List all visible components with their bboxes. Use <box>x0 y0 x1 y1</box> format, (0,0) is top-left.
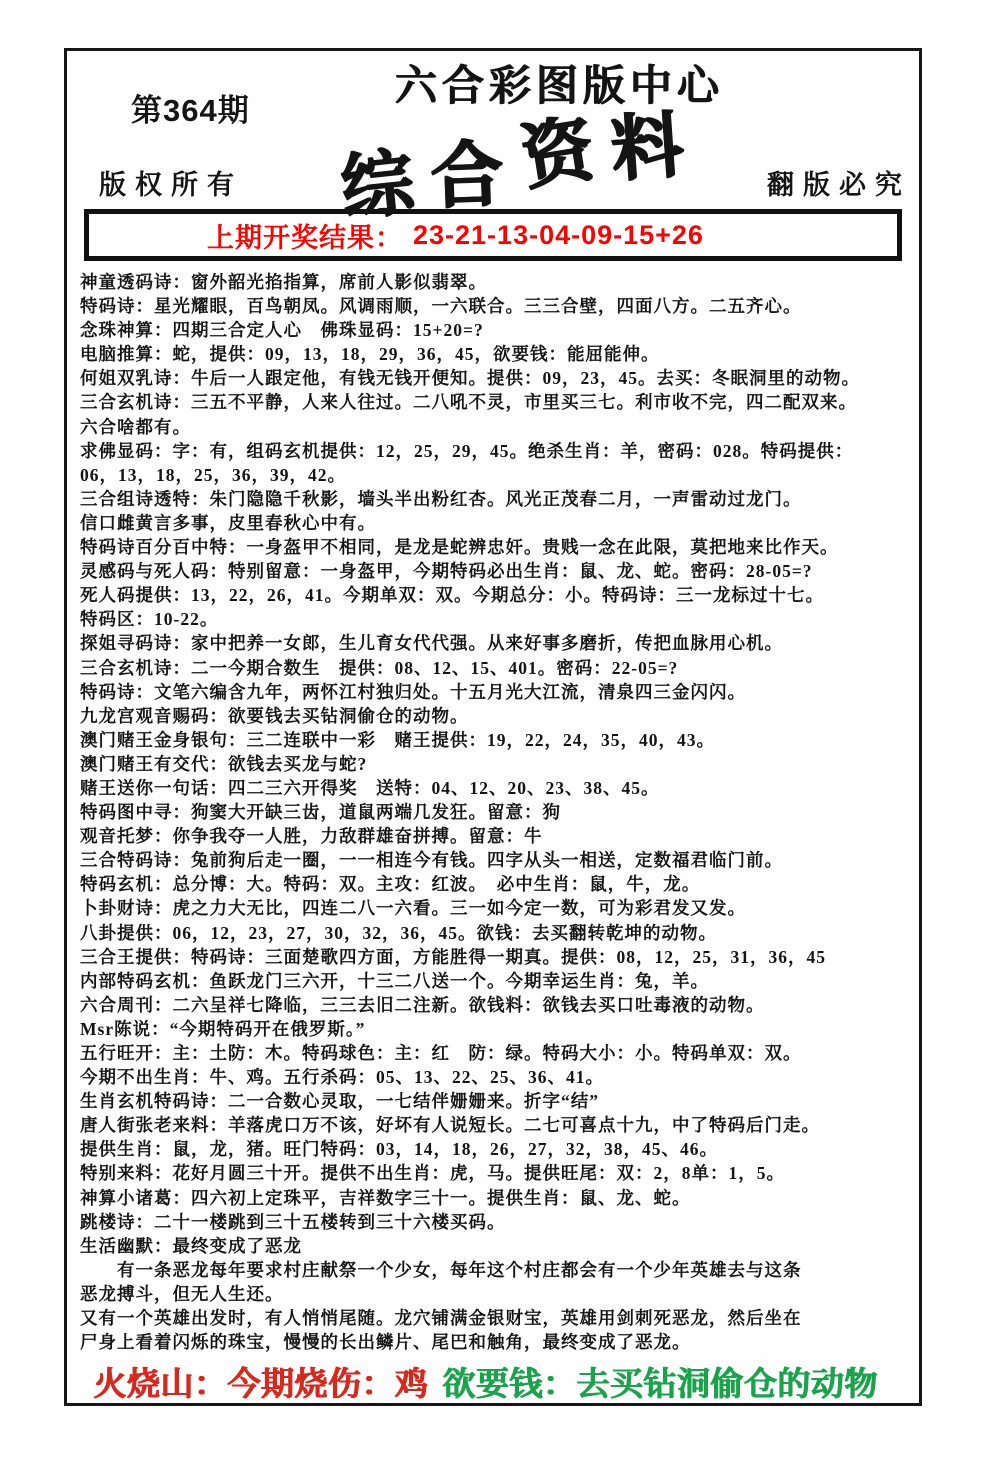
sheet-header: 第364期 六合彩图版中心 综合资料 版权所有 翻版必究 <box>67 51 919 209</box>
body-line: 特码区：10-22。 <box>80 607 907 631</box>
body-line: 特码诗：星光耀眼，百鸟朝凤。风调雨顺，一六联合。三三合壁，四面八方。二五齐心。 <box>80 294 907 318</box>
body-line: 唐人街张老来料：羊落虎口万不该，好坏有人说短长。二七可喜点十九，中了特码后门走。 <box>80 1113 907 1137</box>
body-line: 卜卦财诗：虎之力大无比，四连二八一六看。三一如今定一数，可为彩君发又发。 <box>80 896 907 920</box>
body-line: 澳门赌王有交代：欲钱去买龙与蛇? <box>80 752 907 776</box>
body-line: 特别来料：花好月圆三十开。提供不出生肖：虎，马。提供旺尾：双：2，8单：1，5。 <box>80 1161 907 1185</box>
footer-green-text: 欲要钱：去买钻洞偷仓的动物 <box>442 1367 878 1403</box>
body-line: 澳门赌王金身银句：三二连联中一彩 赌王提供：19，22，24，35，40，43。 <box>80 728 907 752</box>
main-title-char: 料 <box>606 87 685 196</box>
body-line: 尸身上看着闪烁的珠宝，慢慢的长出鳞片、尾巴和触角，最终变成了恶龙。 <box>80 1330 907 1354</box>
body-line: 求佛显码：字：有，组码玄机提供：12，25，29，45。绝杀生肖：羊，密码：02… <box>80 439 907 463</box>
body-line: 信口雌黄言多事，皮里春秋心中有。 <box>80 511 907 535</box>
body-line: 神算小诸葛：四六初上定珠平，吉祥数字三十一。提供生肖：鼠、龙、蛇。 <box>80 1186 907 1210</box>
body-line: 何姐双乳诗：牛后一人跟定他，有钱无钱开便知。提供：09，23，45。去买：冬眠洞… <box>80 366 907 390</box>
body-line: 又有一个英雄出发时，有人悄悄尾随。龙穴铺满金银财宝，英雄用剑刺死恶龙，然后坐在 <box>80 1306 907 1330</box>
body-line: 九龙宫观音赐码：欲要钱去买钻洞偷仓的动物。 <box>80 704 907 728</box>
body-line: 三合特码诗：兔前狗后走一圈，一一相连今有钱。四字从头一相送，定数福君临门前。 <box>80 848 907 872</box>
copyright-left: 版权所有 <box>99 163 243 202</box>
body-line: 探姐寻码诗：家中把养一女郎，生儿育女代代强。从来好事多磨折，传把血脉用心机。 <box>80 631 907 655</box>
body-line: 特码玄机：总分博：大。特码：双。主攻：红波。 必中生肖：鼠，牛，龙。 <box>80 872 907 896</box>
body-line: 生肖玄机特码诗：二一合数心灵取，一七结伴姗姗来。折字“结” <box>80 1089 907 1113</box>
body-line: 特码诗百分百中特：一身盔甲不相同，是龙是蛇辨忠奸。贵贱一念在此限，莫把地来比作天… <box>80 535 907 559</box>
body-line: 有一条恶龙每年要求村庄献祭一个少女，每年这个村庄都会有一个少年英雄去与这条 <box>80 1258 907 1282</box>
body-line: 提供生肖：鼠，龙，猪。旺门特码：03，14，18，26，27，32，38，45、… <box>80 1137 907 1161</box>
body-line: 五行旺开：主：土防：木。特码球色：主：红 防：绿。特码大小：小。特码单双：双。 <box>80 1041 907 1065</box>
body-line: 生活幽默：最终变成了恶龙 <box>80 1234 907 1258</box>
main-title-char: 综 <box>335 124 417 235</box>
body-line: 三合王提供：特码诗：三面楚歌四方面，方能胜得一期真。提供：08，12，25，31… <box>80 945 907 969</box>
body-line: 恶龙搏斗，但无人生还。 <box>80 1282 907 1306</box>
body-line: 死人码提供：13，22，26，41。今期单双：双。今期总分：小。特码诗：三一龙标… <box>80 583 907 607</box>
body-line: 三合玄机诗：二一今期合数生 提供：08、12、15、401。密码：22-05=? <box>80 656 907 680</box>
body-line: 今期不出生肖：牛、鸡。五行杀码：05、13、22、25、36、41。 <box>80 1065 907 1089</box>
body-line: 特码诗：文笔六编含九年，两怀江村独归处。十五月光大江流，清泉四三金闪闪。 <box>80 680 907 704</box>
copyright-right: 翻版必究 <box>767 163 911 202</box>
body-line: 三合玄机诗：三五不平静，人来人往过。二八吼不灵，市里买三七。利市收不完，四二配双… <box>80 390 907 414</box>
lottery-info-sheet: 第364期 六合彩图版中心 综合资料 版权所有 翻版必究 上期开奖结果： 23-… <box>64 48 922 1406</box>
body-line: 电脑推算：蛇，提供：09，13，18，29，36，45，欲要钱：能屈能伸。 <box>80 342 907 366</box>
body-line: 三合组诗透特：朱门隐隐千秋影，墙头半出粉红杏。风光正茂春二月，一声雷动过龙门。 <box>80 487 907 511</box>
predictions-list: 神童透码诗：窗外韶光掐指算，席前人影似翡翠。特码诗：星光耀眼，百鸟朝凤。风调雨顺… <box>67 261 919 1354</box>
body-line: 观音托梦：你争我夺一人胜，力敌群雄奋拼搏。留意：牛 <box>80 824 907 848</box>
footer-tip: 火烧山：今期烧伤：鸡欲要钱：去买钻洞偷仓的动物 <box>67 1358 919 1405</box>
body-line: 06，13，18，25，36，39，42。 <box>80 463 907 487</box>
result-numbers: 23-21-13-04-09-15+26 <box>413 220 704 251</box>
body-line: 赌王送你一句话：四二三六开得奖 送特：04、12、20、23、38、45。 <box>80 776 907 800</box>
body-line: 灵感码与死人码：特别留意：一身盔甲，今期特码必出生肖：鼠、龙、蛇。密码：28-0… <box>80 559 907 583</box>
main-title-char: 合 <box>428 116 504 222</box>
footer-red-text: 火烧山：今期烧伤：鸡 <box>93 1367 428 1403</box>
body-line: 八卦提供：06，12，23，27，30，32，36，45。欲钱：去买翻转乾坤的动… <box>80 921 907 945</box>
body-line: 六合周刊：二六呈祥七降临，三三去旧二注新。欲钱料：欲钱去买口吐毒液的动物。 <box>80 993 907 1017</box>
body-line: 内部特码玄机：鱼跃龙门三六开，十三二八送一个。今期幸运生肖：兔，羊。 <box>80 969 907 993</box>
body-line: 跳楼诗：二十一楼跳到三十五楼转到三十六楼买码。 <box>80 1210 907 1234</box>
body-line: Msr陈说：“今期特码开在俄罗斯。” <box>80 1017 907 1041</box>
body-line: 念珠神算：四期三合定人心 佛珠显码：15+20=? <box>80 318 907 342</box>
body-line: 特码图中寻：狗窦大开缺三齿，道鼠两端几发狂。留意：狗 <box>80 800 907 824</box>
body-line: 神童透码诗：窗外韶光掐指算，席前人影似翡翠。 <box>80 270 907 294</box>
body-line: 六合啥都有。 <box>80 415 907 439</box>
main-title-char: 资 <box>512 90 599 204</box>
